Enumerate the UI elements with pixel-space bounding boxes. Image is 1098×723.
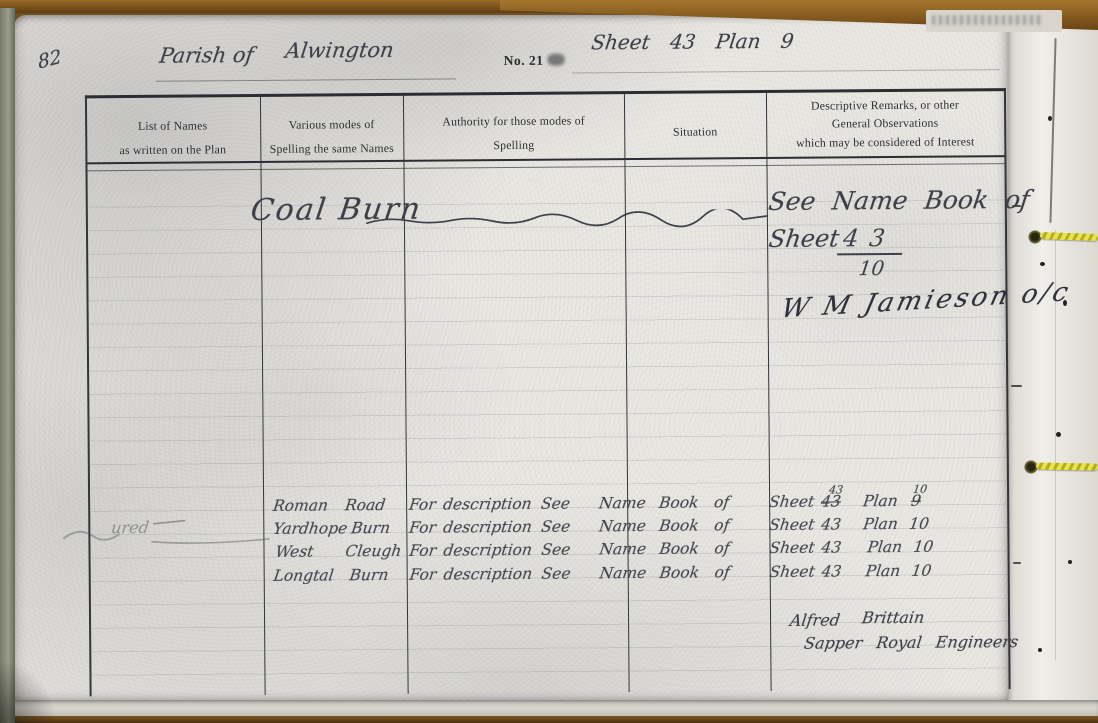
row-name-b: Burn <box>350 519 391 537</box>
scanned-name-book-photo: 82 Parish of Alwington No. 21 Sheet 43 P… <box>0 0 1098 723</box>
ink-speck <box>1068 560 1072 564</box>
row-authority-b: description <box>442 541 533 560</box>
remark-see-name-book: See Name Book of <box>767 185 1032 216</box>
sheet-plan-label: Sheet 43 Plan 9 <box>590 29 795 55</box>
row-of: of <box>713 539 730 557</box>
column-header-names: List of Names as written on the Plan <box>85 113 260 163</box>
row-name-word: Name <box>598 540 647 558</box>
column-header-line: Authority for those modes of <box>403 108 624 134</box>
column-header-line: Situation <box>624 119 766 144</box>
row-book: Book <box>658 494 700 512</box>
row-name-b: Cleugh <box>344 542 402 560</box>
row-authority-a: For <box>408 519 437 537</box>
row-plan-word: Plan <box>866 538 903 556</box>
ink-mark <box>1013 562 1021 564</box>
row-authority-b: description <box>443 565 534 584</box>
column-header-line: List of Names <box>85 113 260 139</box>
header-rule-left <box>156 78 456 81</box>
ink-speck <box>1040 262 1045 266</box>
sheet-fraction: 43 10 <box>839 224 904 281</box>
row-see: See <box>541 565 572 583</box>
column-header-line: Spelling the same Names <box>260 136 403 161</box>
number-label: No. 21 <box>504 53 544 69</box>
row-authority-b: description <box>442 518 533 537</box>
column-header-authority: Authority for those modes of Spelling <box>403 108 624 158</box>
row-name-a: Roman <box>272 496 329 514</box>
faint-pencil-smudge <box>932 15 1042 25</box>
column-header-situation: Situation <box>624 119 766 144</box>
row-sheet-number: 43 <box>820 538 842 556</box>
row-name-b: Road <box>344 496 387 514</box>
corner-shadow <box>0 600 90 723</box>
page-edge-crack <box>1049 38 1056 223</box>
column-header-remarks: Descriptive Remarks, or other General Ob… <box>766 95 1004 152</box>
column-header-line: Various modes of <box>260 112 403 137</box>
ink-mark <box>1011 385 1022 387</box>
row-name-word: Name <box>598 564 647 582</box>
row-sheet-number: 43 <box>820 515 842 533</box>
fraction-numerator: 43 <box>837 224 906 256</box>
row-authority-a: For <box>408 496 437 514</box>
row-plan-word: Plan <box>864 562 901 580</box>
row-authority-a: For <box>408 542 437 560</box>
row-see: See <box>540 541 571 559</box>
row-sheet-word: Sheet <box>768 493 816 511</box>
row-plan-word: Plan <box>862 515 899 533</box>
row-sheet-number: 43 <box>820 562 842 580</box>
ink-blot <box>548 54 565 66</box>
row-name-a: Yardhope <box>272 519 348 538</box>
ink-speck <box>1038 648 1042 652</box>
signature-first-name: Alfred <box>789 610 841 629</box>
row-plan-correction: 10 <box>912 483 928 496</box>
row-of: of <box>713 493 730 511</box>
header-bottom-rule-2 <box>86 163 1007 171</box>
row-sheet-word: Sheet <box>768 563 816 581</box>
row-plan-number: 10 <box>910 562 932 580</box>
row-plan-number: 10 <box>912 538 934 556</box>
page-edge-label <box>926 10 1062 32</box>
row-sheet-correction: 43 <box>828 483 844 496</box>
column-header-line: which may be considered of Interest <box>766 132 1004 152</box>
ink-speck <box>1056 432 1061 437</box>
row-authority-a: For <box>409 566 438 584</box>
row-authority-b: description <box>442 495 533 514</box>
parish-label: Parish of <box>158 43 255 68</box>
row-name-a: Longtal <box>273 566 335 584</box>
header-rule-right <box>572 69 1000 73</box>
column-header-spelling-modes: Various modes of Spelling the same Names <box>260 112 403 161</box>
row-name-b: Burn <box>349 566 390 584</box>
ink-speck <box>1048 116 1052 121</box>
signature-rank: Sapper Royal Engineers <box>803 632 1020 653</box>
page-stack-edge <box>1008 0 1098 723</box>
column-header-line: Descriptive Remarks, or other <box>766 95 1004 115</box>
row-name-word: Name <box>598 494 647 512</box>
row-book: Book <box>658 540 700 558</box>
row-see: See <box>540 495 571 513</box>
binding-cord <box>1036 462 1098 470</box>
row-name-a: West <box>274 543 314 561</box>
row-plan-word: Plan <box>862 492 899 510</box>
parish-name: Alwington <box>284 38 395 63</box>
row-of: of <box>713 563 730 581</box>
column-header-line: Spelling <box>403 132 624 158</box>
wooden-board-bottom <box>0 716 1098 723</box>
row-name-word: Name <box>598 517 647 535</box>
page-content: 82 Parish of Alwington No. 21 Sheet 43 P… <box>11 11 1010 705</box>
row-see: See <box>540 518 571 536</box>
signature-last-name: Brittain <box>861 608 926 628</box>
column-header-line: General Observations <box>766 113 1004 133</box>
column-header-line: as written on the Plan <box>85 137 260 163</box>
remark-sheet-word: Sheet <box>767 224 841 253</box>
fraction-denominator: 10 <box>838 256 906 281</box>
row-sheet-word: Sheet <box>768 516 816 534</box>
document-page: 82 Parish of Alwington No. 21 Sheet 43 P… <box>14 15 1008 701</box>
row-plan-number: 10 <box>908 515 930 533</box>
row-of: of <box>713 516 730 534</box>
page-stack-bottom-edge <box>0 700 1098 717</box>
row-book: Book <box>658 564 700 582</box>
row-book: Book <box>658 517 700 535</box>
page-number: 82 <box>37 46 63 74</box>
ditto-wavy-line <box>365 209 769 230</box>
row-sheet-word: Sheet <box>768 539 816 557</box>
